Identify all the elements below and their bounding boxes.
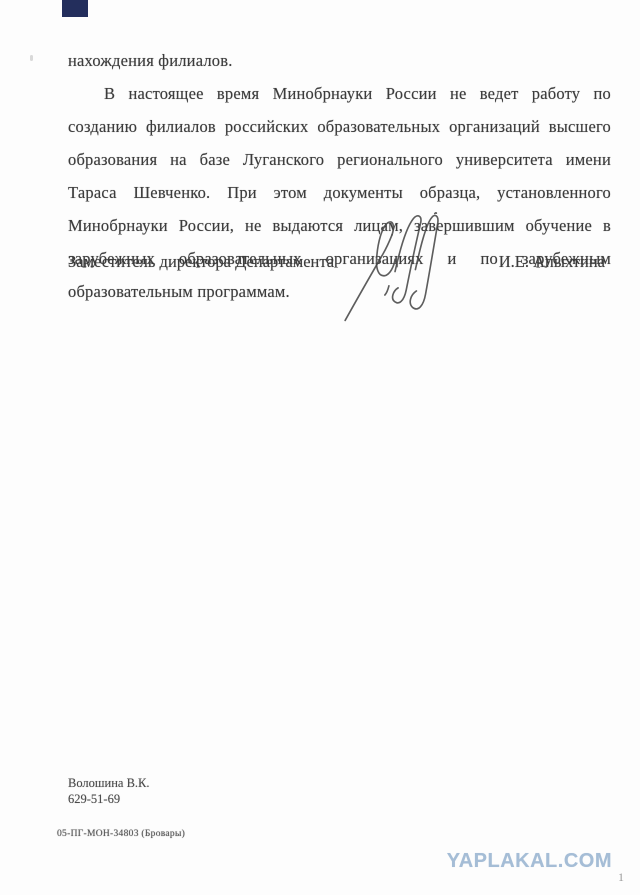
body-paragraph: В настоящее время Минобрнауки России не … [68, 77, 611, 308]
signature-block: Заместитель директора Департамента И.Е. … [68, 251, 611, 273]
watermark-text: YAPLAKAL.COM [447, 850, 612, 873]
executor-name: Волошина В.К. [68, 776, 150, 792]
scanned-letter-page: нахождения филиалов. В настоящее время М… [0, 0, 640, 895]
scan-speck [30, 55, 33, 61]
scan-edge-artifact: 1 [618, 870, 624, 885]
signer-name: И.Е. Апыхтина [499, 251, 611, 273]
signer-title: Заместитель директора Департамента [68, 251, 334, 273]
scan-corner-mark [62, 0, 88, 17]
reference-number: 05-ПГ-МОН-34803 (Бровары) [57, 829, 185, 839]
continuation-line: нахождения филиалов. [68, 44, 611, 77]
executor-contact: Волошина В.К. 629-51-69 [68, 776, 150, 807]
executor-phone: 629-51-69 [68, 792, 150, 808]
